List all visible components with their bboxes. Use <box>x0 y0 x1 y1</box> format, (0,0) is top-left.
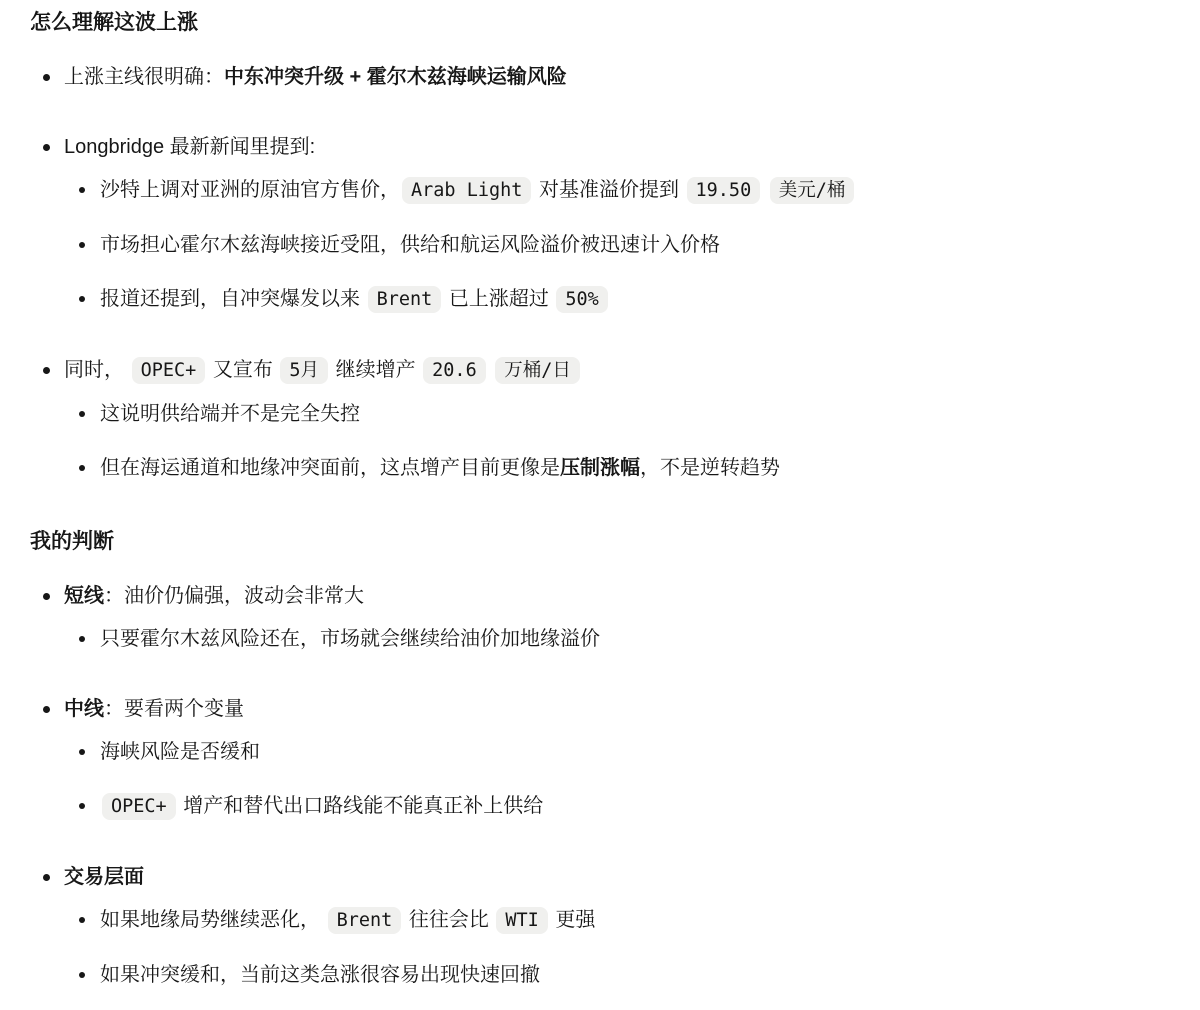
code-chip: 20.6 <box>423 357 486 384</box>
list-item: 交易层面如果地缘局势继续恶化， Brent 往往会比 WTI 更强如果冲突缓和，… <box>30 862 1170 990</box>
bold-text: 交易层面 <box>64 866 144 888</box>
list-item-text: 海峡风险是否缓和 <box>100 741 260 763</box>
text-run: 如果冲突缓和，当前这类急涨很容易出现快速回撤 <box>100 964 540 986</box>
text-run: 如果地缘局势继续恶化， <box>100 909 326 931</box>
list-item: 这说明供给端并不是完全失控 <box>64 399 1170 429</box>
bullet-list-level-2: 沙特上调对亚洲的原油官方售价，Arab Light 对基准溢价提到 19.50 … <box>64 175 1170 315</box>
code-chip: 19.50 <box>687 177 761 204</box>
list-item-text: 报道还提到，自冲突爆发以来 Brent 已上涨超过 50% <box>100 288 610 310</box>
list-item-text: OPEC+ 增产和替代出口路线能不能真正补上供给 <box>100 795 543 817</box>
bold-text: 压制涨幅 <box>560 457 640 479</box>
bullet-list-level-2: 如果地缘局势继续恶化， Brent 往往会比 WTI 更强如果冲突缓和，当前这类… <box>64 905 1170 990</box>
text-run: 报道还提到，自冲突爆发以来 <box>100 288 366 310</box>
bullet-icon <box>79 972 85 978</box>
list-item-text: 但在海运通道和地缘冲突面前，这点增产目前更像是压制涨幅，不是逆转趋势 <box>100 457 780 479</box>
list-item: 但在海运通道和地缘冲突面前，这点增产目前更像是压制涨幅，不是逆转趋势 <box>64 453 1170 483</box>
text-run: 对基准溢价提到 <box>533 179 684 201</box>
bullet-icon <box>79 636 85 642</box>
code-chip: 50% <box>556 286 607 313</box>
text-run: 更强 <box>550 909 596 931</box>
text-run: 增产和替代出口路线能不能真正补上供给 <box>178 795 544 817</box>
section-body: 短线：油价仍偏强，波动会非常大只要霍尔木兹风险还在，市场就会继续给油价加地缘溢价… <box>30 581 1170 990</box>
bullet-icon <box>79 917 85 923</box>
section-my-judgment: 我的判断 短线：油价仍偏强，波动会非常大只要霍尔木兹风险还在，市场就会继续给油价… <box>30 527 1170 990</box>
markdown-document: 怎么理解这波上涨 上涨主线很明确：中东冲突升级 + 霍尔木兹海峡运输风险Long… <box>0 0 1200 1010</box>
text-run <box>762 179 768 201</box>
list-item-text: 交易层面 <box>64 866 144 888</box>
bullet-icon <box>43 593 50 600</box>
bullet-icon <box>43 74 50 81</box>
list-item: 上涨主线很明确：中东冲突升级 + 霍尔木兹海峡运输风险 <box>30 62 1170 92</box>
code-chip: WTI <box>496 907 547 934</box>
bullet-icon <box>79 296 85 302</box>
bullet-list-level-2: 海峡风险是否缓和OPEC+ 增产和替代出口路线能不能真正补上供给 <box>64 737 1170 822</box>
section-understanding-rally: 怎么理解这波上涨 上涨主线很明确：中东冲突升级 + 霍尔木兹海峡运输风险Long… <box>30 8 1170 483</box>
text-run: ：要看两个变量 <box>104 698 244 720</box>
code-chip: OPEC+ <box>132 357 206 384</box>
list-item-text: 只要霍尔木兹风险还在，市场就会继续给油价加地缘溢价 <box>100 628 600 650</box>
code-chip: 美元/桶 <box>770 177 855 204</box>
bullet-icon <box>43 144 50 151</box>
section-heading: 怎么理解这波上涨 <box>30 8 1170 38</box>
text-run: 海峡风险是否缓和 <box>100 741 260 763</box>
bullet-icon <box>43 367 50 374</box>
code-chip: Brent <box>368 286 442 313</box>
text-run: 上涨主线很明确： <box>64 66 224 88</box>
list-item: 如果地缘局势继续恶化， Brent 往往会比 WTI 更强 <box>64 905 1170 936</box>
bullet-icon <box>79 465 85 471</box>
text-run: 但在海运通道和地缘冲突面前，这点增产目前更像是 <box>100 457 560 479</box>
code-chip: Brent <box>328 907 402 934</box>
list-item: OPEC+ 增产和替代出口路线能不能真正补上供给 <box>64 791 1170 822</box>
bullet-icon <box>79 749 85 755</box>
list-item: 报道还提到，自冲突爆发以来 Brent 已上涨超过 50% <box>64 284 1170 315</box>
text-run: 继续增产 <box>330 359 421 381</box>
list-item-text: 如果地缘局势继续恶化， Brent 往往会比 WTI 更强 <box>100 909 595 931</box>
bullet-list-level-1: 上涨主线很明确：中东冲突升级 + 霍尔木兹海峡运输风险Longbridge 最新… <box>30 62 1170 483</box>
bullet-list-level-2: 只要霍尔木兹风险还在，市场就会继续给油价加地缘溢价 <box>64 624 1170 654</box>
text-run: 这说明供给端并不是完全失控 <box>100 403 360 425</box>
list-item: 同时， OPEC+ 又宣布 5月 继续增产 20.6 万桶/日这说明供给端并不是… <box>30 355 1170 483</box>
code-chip: 万桶/日 <box>495 357 580 384</box>
list-item-text: 同时， OPEC+ 又宣布 5月 继续增产 20.6 万桶/日 <box>64 359 582 381</box>
list-item: 如果冲突缓和，当前这类急涨很容易出现快速回撤 <box>64 960 1170 990</box>
text-run: Longbridge 最新新闻里提到: <box>64 136 315 158</box>
bullet-icon <box>79 411 85 417</box>
list-item-text: 如果冲突缓和，当前这类急涨很容易出现快速回撤 <box>100 964 540 986</box>
list-item-text: 沙特上调对亚洲的原油官方售价，Arab Light 对基准溢价提到 19.50 … <box>100 179 856 201</box>
list-item: 中线：要看两个变量海峡风险是否缓和OPEC+ 增产和替代出口路线能不能真正补上供… <box>30 694 1170 822</box>
bullet-list-level-2: 这说明供给端并不是完全失控但在海运通道和地缘冲突面前，这点增产目前更像是压制涨幅… <box>64 399 1170 483</box>
section-heading: 我的判断 <box>30 527 1170 557</box>
code-chip: OPEC+ <box>102 793 176 820</box>
text-run: 沙特上调对亚洲的原油官方售价， <box>100 179 400 201</box>
bold-text: 中线 <box>64 698 104 720</box>
list-item: 只要霍尔木兹风险还在，市场就会继续给油价加地缘溢价 <box>64 624 1170 654</box>
text-run: 市场担心霍尔木兹海峡接近受阻，供给和航运风险溢价被迅速计入价格 <box>100 234 720 256</box>
bullet-icon <box>79 242 85 248</box>
section-body: 上涨主线很明确：中东冲突升级 + 霍尔木兹海峡运输风险Longbridge 最新… <box>30 62 1170 483</box>
bullet-icon <box>79 803 85 809</box>
list-item-text: 中线：要看两个变量 <box>64 698 244 720</box>
text-run <box>488 359 494 381</box>
text-run: ：油价仍偏强，波动会非常大 <box>104 585 364 607</box>
list-item: 海峡风险是否缓和 <box>64 737 1170 767</box>
text-run: 只要霍尔木兹风险还在，市场就会继续给油价加地缘溢价 <box>100 628 600 650</box>
bullet-icon <box>43 706 50 713</box>
list-item-text: 短线：油价仍偏强，波动会非常大 <box>64 585 364 607</box>
text-run: 又宣布 <box>207 359 278 381</box>
list-item: 短线：油价仍偏强，波动会非常大只要霍尔木兹风险还在，市场就会继续给油价加地缘溢价 <box>30 581 1170 654</box>
text-run: 已上涨超过 <box>443 288 554 310</box>
list-item: 市场担心霍尔木兹海峡接近受阻，供给和航运风险溢价被迅速计入价格 <box>64 230 1170 260</box>
list-item: Longbridge 最新新闻里提到:沙特上调对亚洲的原油官方售价，Arab L… <box>30 132 1170 315</box>
code-chip: Arab Light <box>402 177 531 204</box>
bold-text: 中东冲突升级 + 霍尔木兹海峡运输风险 <box>224 66 567 88</box>
bullet-list-level-1: 短线：油价仍偏强，波动会非常大只要霍尔木兹风险还在，市场就会继续给油价加地缘溢价… <box>30 581 1170 990</box>
list-item-text: 上涨主线很明确：中东冲突升级 + 霍尔木兹海峡运输风险 <box>64 66 567 88</box>
list-item-text: Longbridge 最新新闻里提到: <box>64 136 315 158</box>
code-chip: 5月 <box>280 357 328 384</box>
list-item-text: 这说明供给端并不是完全失控 <box>100 403 360 425</box>
list-item: 沙特上调对亚洲的原油官方售价，Arab Light 对基准溢价提到 19.50 … <box>64 175 1170 206</box>
text-run: 同时， <box>64 359 130 381</box>
list-item-text: 市场担心霍尔木兹海峡接近受阻，供给和航运风险溢价被迅速计入价格 <box>100 234 720 256</box>
text-run: 往往会比 <box>403 909 494 931</box>
bullet-icon <box>79 187 85 193</box>
bold-text: 短线 <box>64 585 104 607</box>
text-run: ，不是逆转趋势 <box>640 457 780 479</box>
bullet-icon <box>43 874 50 881</box>
